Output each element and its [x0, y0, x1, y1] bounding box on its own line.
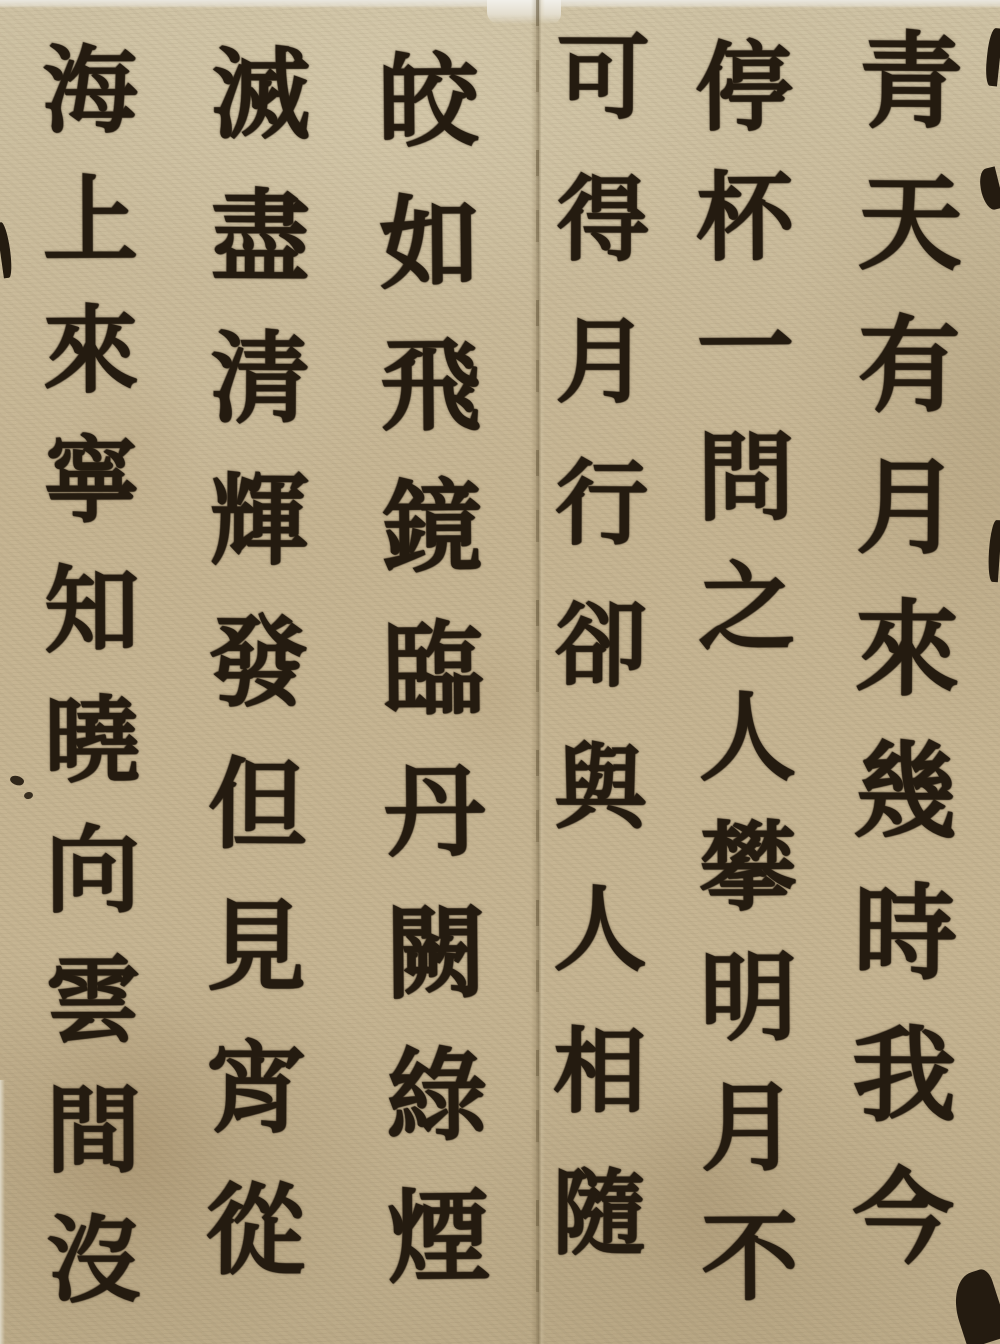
top-edge-notch [487, 0, 561, 24]
edge-stroke-fragment [0, 222, 14, 279]
calligraphy-column-6: 海上來寧知曉向雲間沒 [34, 40, 134, 1340]
calligraphy-scroll: 青天有月來幾時我今 停杯一問之人攀明月不 可得月行卻與人相隨 皎如飛鏡臨丹闕綠煙… [0, 0, 1000, 1344]
left-edge-highlight [0, 1080, 5, 1344]
calligraphy-column-5: 滅盡清輝發但見宵從 [197, 42, 303, 1321]
calligraphy-column-4: 皎如飛鏡臨丹闕綠煙 [368, 48, 480, 1327]
edge-stroke-fragment [984, 27, 1000, 86]
calligraphy-column-3: 可得月行卻與人相隨 [544, 28, 641, 1306]
edge-stroke-fragment [987, 520, 1000, 583]
calligraphy-column-2: 停杯一問之人攀明月不 [687, 36, 791, 1336]
calligraphy-column-1: 青天有月來幾時我今 [842, 26, 955, 1305]
stray-ink-mark [9, 774, 25, 788]
edge-stroke-fragment [976, 166, 1000, 211]
